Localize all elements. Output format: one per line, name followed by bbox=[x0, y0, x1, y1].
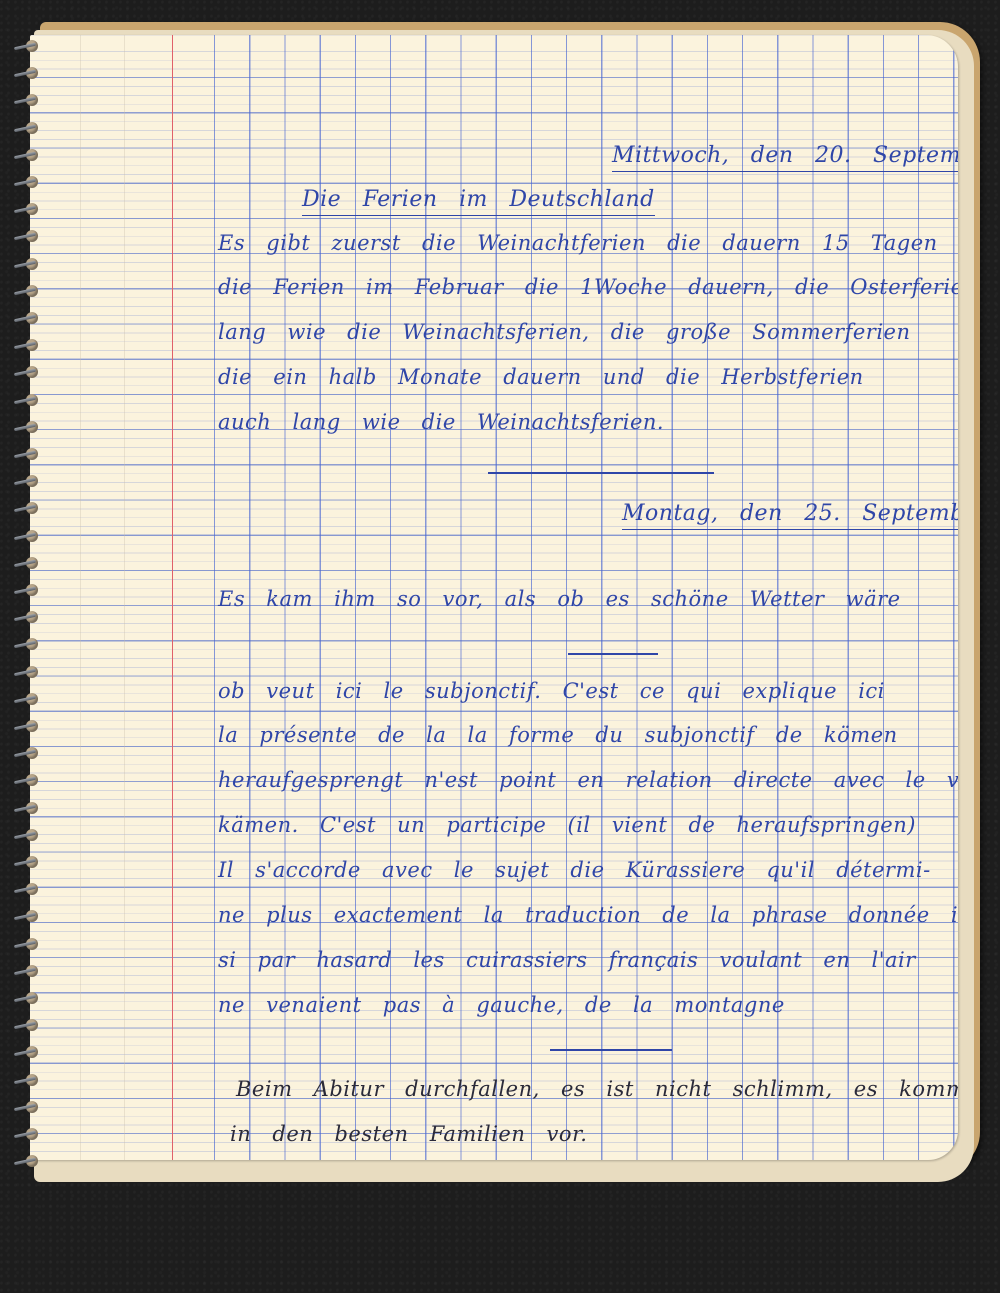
entry1-line: Es gibt zuerst die Weinachtferien die da… bbox=[218, 231, 938, 255]
spiral-ring bbox=[14, 258, 40, 270]
spiral-ring bbox=[14, 475, 40, 487]
entry2-sentence: Es kam ihm so vor, als ob es schöne Wett… bbox=[218, 587, 901, 611]
spiral-ring bbox=[14, 992, 40, 1004]
spiral-ring bbox=[14, 802, 40, 814]
spiral-ring bbox=[14, 176, 40, 188]
spiral-ring bbox=[14, 122, 40, 134]
spiral-ring bbox=[14, 421, 40, 433]
spiral-ring bbox=[14, 394, 40, 406]
entry2-note: heraufgesprengt n'est point en relation … bbox=[218, 768, 958, 792]
spiral-ring bbox=[14, 149, 40, 161]
spiral-ring bbox=[14, 67, 40, 79]
spiral-ring bbox=[14, 502, 40, 514]
spiral-ring bbox=[14, 530, 40, 542]
entry1-line: die ein halb Monate dauern und die Herbs… bbox=[218, 365, 864, 389]
spiral-ring bbox=[14, 693, 40, 705]
spiral-ring bbox=[14, 203, 40, 215]
spiral-ring bbox=[14, 312, 40, 324]
spiral-ring bbox=[14, 1155, 40, 1167]
spiral-ring bbox=[14, 938, 40, 950]
spiral-ring bbox=[14, 1019, 40, 1031]
spiral-ring bbox=[14, 774, 40, 786]
red-margin-line bbox=[172, 35, 173, 1160]
spiral-ring bbox=[14, 448, 40, 460]
entry2-note: ne venaient pas à gauche, de la montagne bbox=[218, 993, 785, 1017]
entry2-note: la présente de la la forme du subjonctif… bbox=[218, 723, 898, 747]
separator-rule bbox=[550, 1049, 672, 1051]
spiral-ring bbox=[14, 1046, 40, 1058]
spiral-ring bbox=[14, 747, 40, 759]
entry3-line: in den besten Familien vor. bbox=[230, 1122, 587, 1146]
entry1-date: Mittwoch, den 20. September bbox=[612, 143, 958, 172]
separator-rule bbox=[568, 653, 658, 655]
spiral-ring bbox=[14, 339, 40, 351]
spiral-ring bbox=[14, 584, 40, 596]
entry2-note: kämen. C'est un participe (il vient de h… bbox=[218, 813, 916, 837]
faint-fold-line bbox=[124, 35, 125, 1160]
spiral-ring bbox=[14, 829, 40, 841]
entry1-line: lang wie die Weinachtsferien, die große … bbox=[218, 320, 911, 344]
notebook-page: Mittwoch, den 20. September Die Ferien i… bbox=[30, 35, 958, 1160]
spiral-ring bbox=[14, 1101, 40, 1113]
spiral-ring bbox=[14, 720, 40, 732]
spiral-ring bbox=[14, 666, 40, 678]
entry2-note: si par hasard les cuirassiers français v… bbox=[218, 948, 916, 972]
spiral-ring bbox=[14, 910, 40, 922]
spiral-ring bbox=[14, 965, 40, 977]
spiral-ring bbox=[14, 1128, 40, 1140]
spiral-ring bbox=[14, 856, 40, 868]
entry2-date: Montag, den 25. September bbox=[622, 501, 958, 530]
spiral-ring bbox=[14, 366, 40, 378]
entry2-note: Il s'accorde avec le sujet die Kürassier… bbox=[218, 858, 931, 882]
entry2-note: ob veut ici le subjonctif. C'est ce qui … bbox=[218, 679, 885, 703]
spiral-ring bbox=[14, 230, 40, 242]
spiral-ring bbox=[14, 883, 40, 895]
entry1-title: Die Ferien im Deutschland bbox=[302, 187, 655, 216]
spiral-ring bbox=[14, 285, 40, 297]
spiral-ring bbox=[14, 94, 40, 106]
faint-fold-line bbox=[80, 35, 81, 1160]
entry2-note: ne plus exactement la traduction de la p… bbox=[218, 903, 958, 927]
entry1-line: die Ferien im Februar die 1Woche dauern,… bbox=[218, 275, 958, 299]
separator-rule bbox=[488, 472, 714, 474]
spiral-ring bbox=[14, 1074, 40, 1086]
entry3-line: Beim Abitur durchfallen, es ist nicht sc… bbox=[236, 1077, 958, 1101]
spiral-ring bbox=[14, 611, 40, 623]
entry1-line: auch lang wie die Weinachtsferien. bbox=[218, 410, 664, 434]
spiral-ring bbox=[14, 638, 40, 650]
spiral-ring bbox=[14, 557, 40, 569]
spiral-binding bbox=[14, 40, 44, 1180]
spiral-ring bbox=[14, 40, 40, 52]
